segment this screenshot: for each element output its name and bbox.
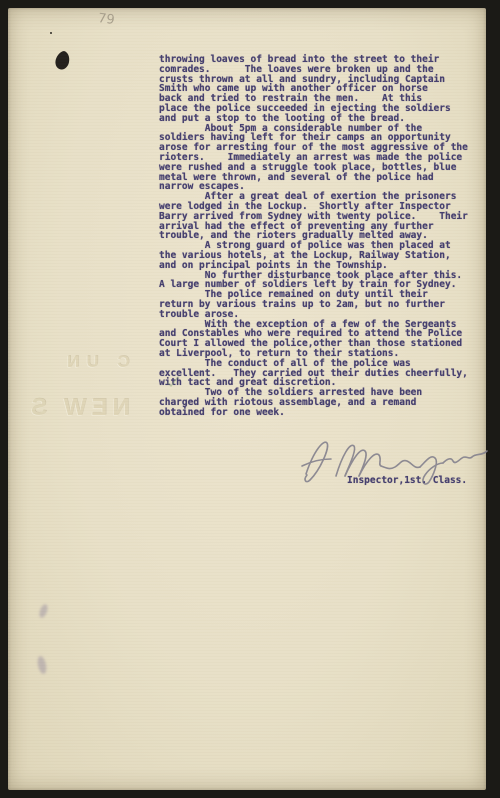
ink-speck <box>50 32 52 34</box>
pencil-smudge <box>36 655 48 674</box>
pencil-check-mark <box>166 376 180 388</box>
signature-title: Inspector,1st. Class. <box>347 475 467 486</box>
pencil-page-number: 79 <box>97 11 115 28</box>
pencil-smudge <box>38 603 49 619</box>
scanned-page: C UN NEW S 79 throwing loaves of bread i… <box>0 0 500 798</box>
watermark-text-line-1: C UN <box>60 352 130 372</box>
ink-blot <box>54 50 72 72</box>
typed-body-text: throwing loaves of bread into the street… <box>159 55 468 417</box>
watermark-text-line-2: NEW S <box>26 394 130 422</box>
paper-sheet: C UN NEW S 79 throwing loaves of bread i… <box>8 8 486 790</box>
